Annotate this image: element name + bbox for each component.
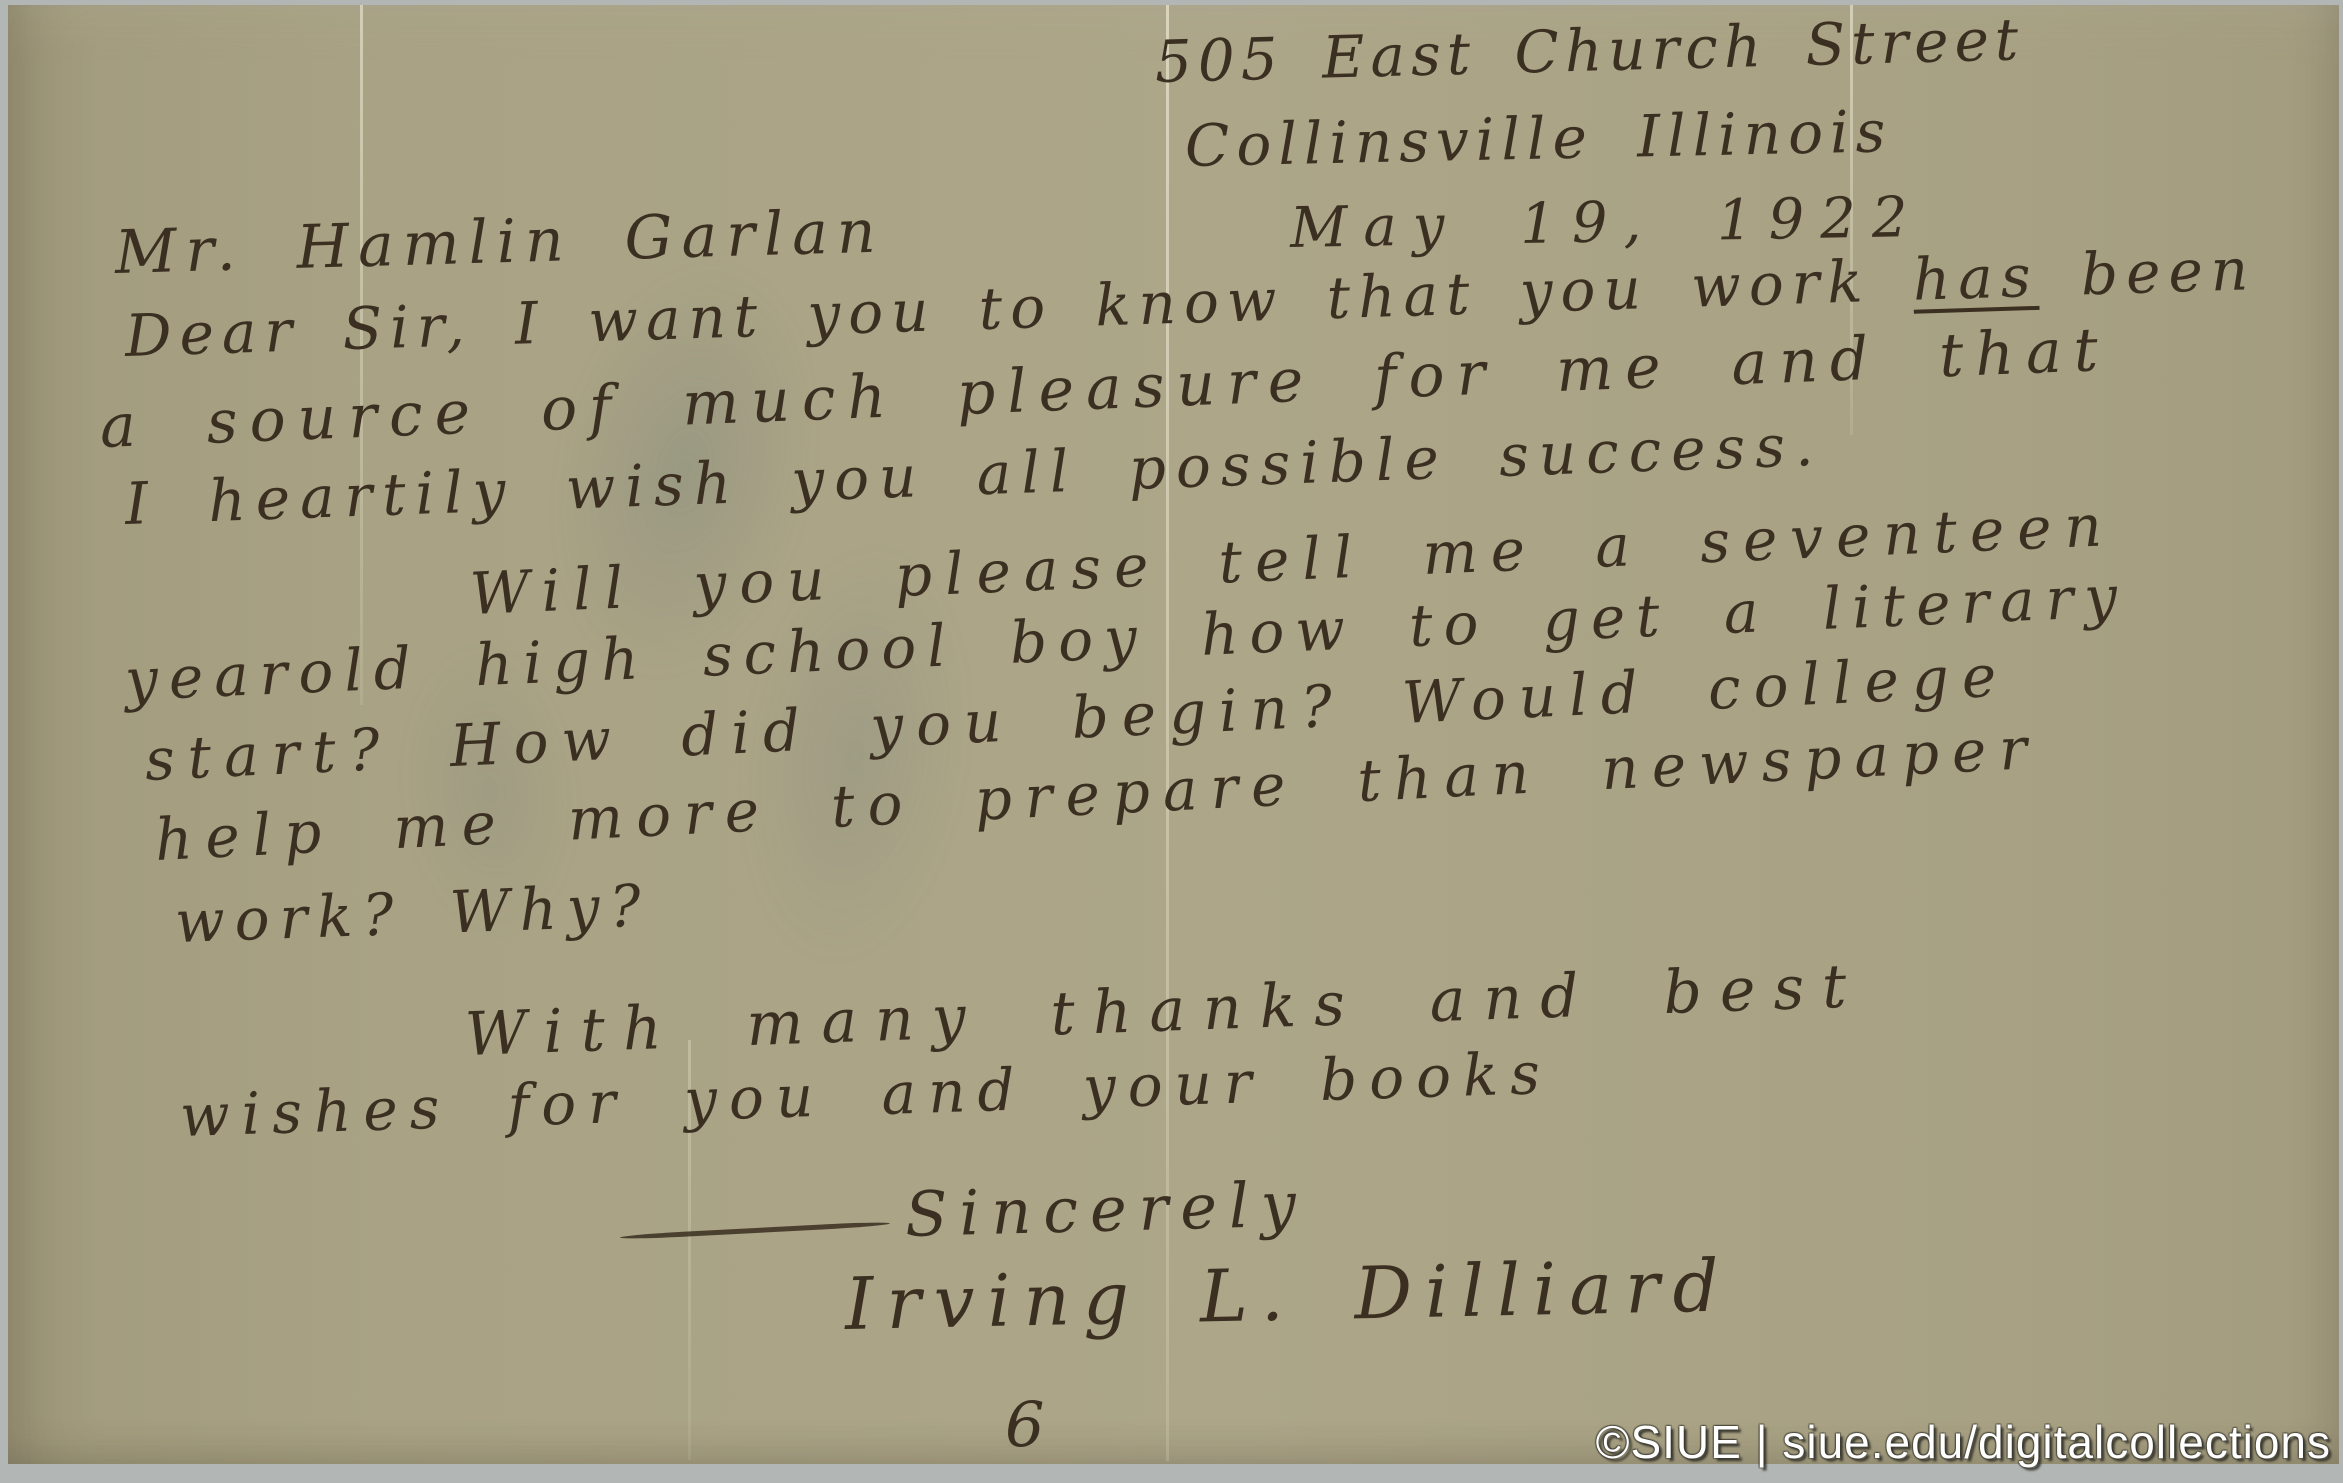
underlined-word: has <box>1912 242 2040 314</box>
copyright-watermark: ©SIUE | siue.edu/digitalcollections <box>1596 1415 2331 1469</box>
closing-line: Sincerely <box>904 1167 1309 1251</box>
page-number: 6 <box>1005 1388 1044 1461</box>
salutation-text-end: been <box>2037 235 2257 310</box>
